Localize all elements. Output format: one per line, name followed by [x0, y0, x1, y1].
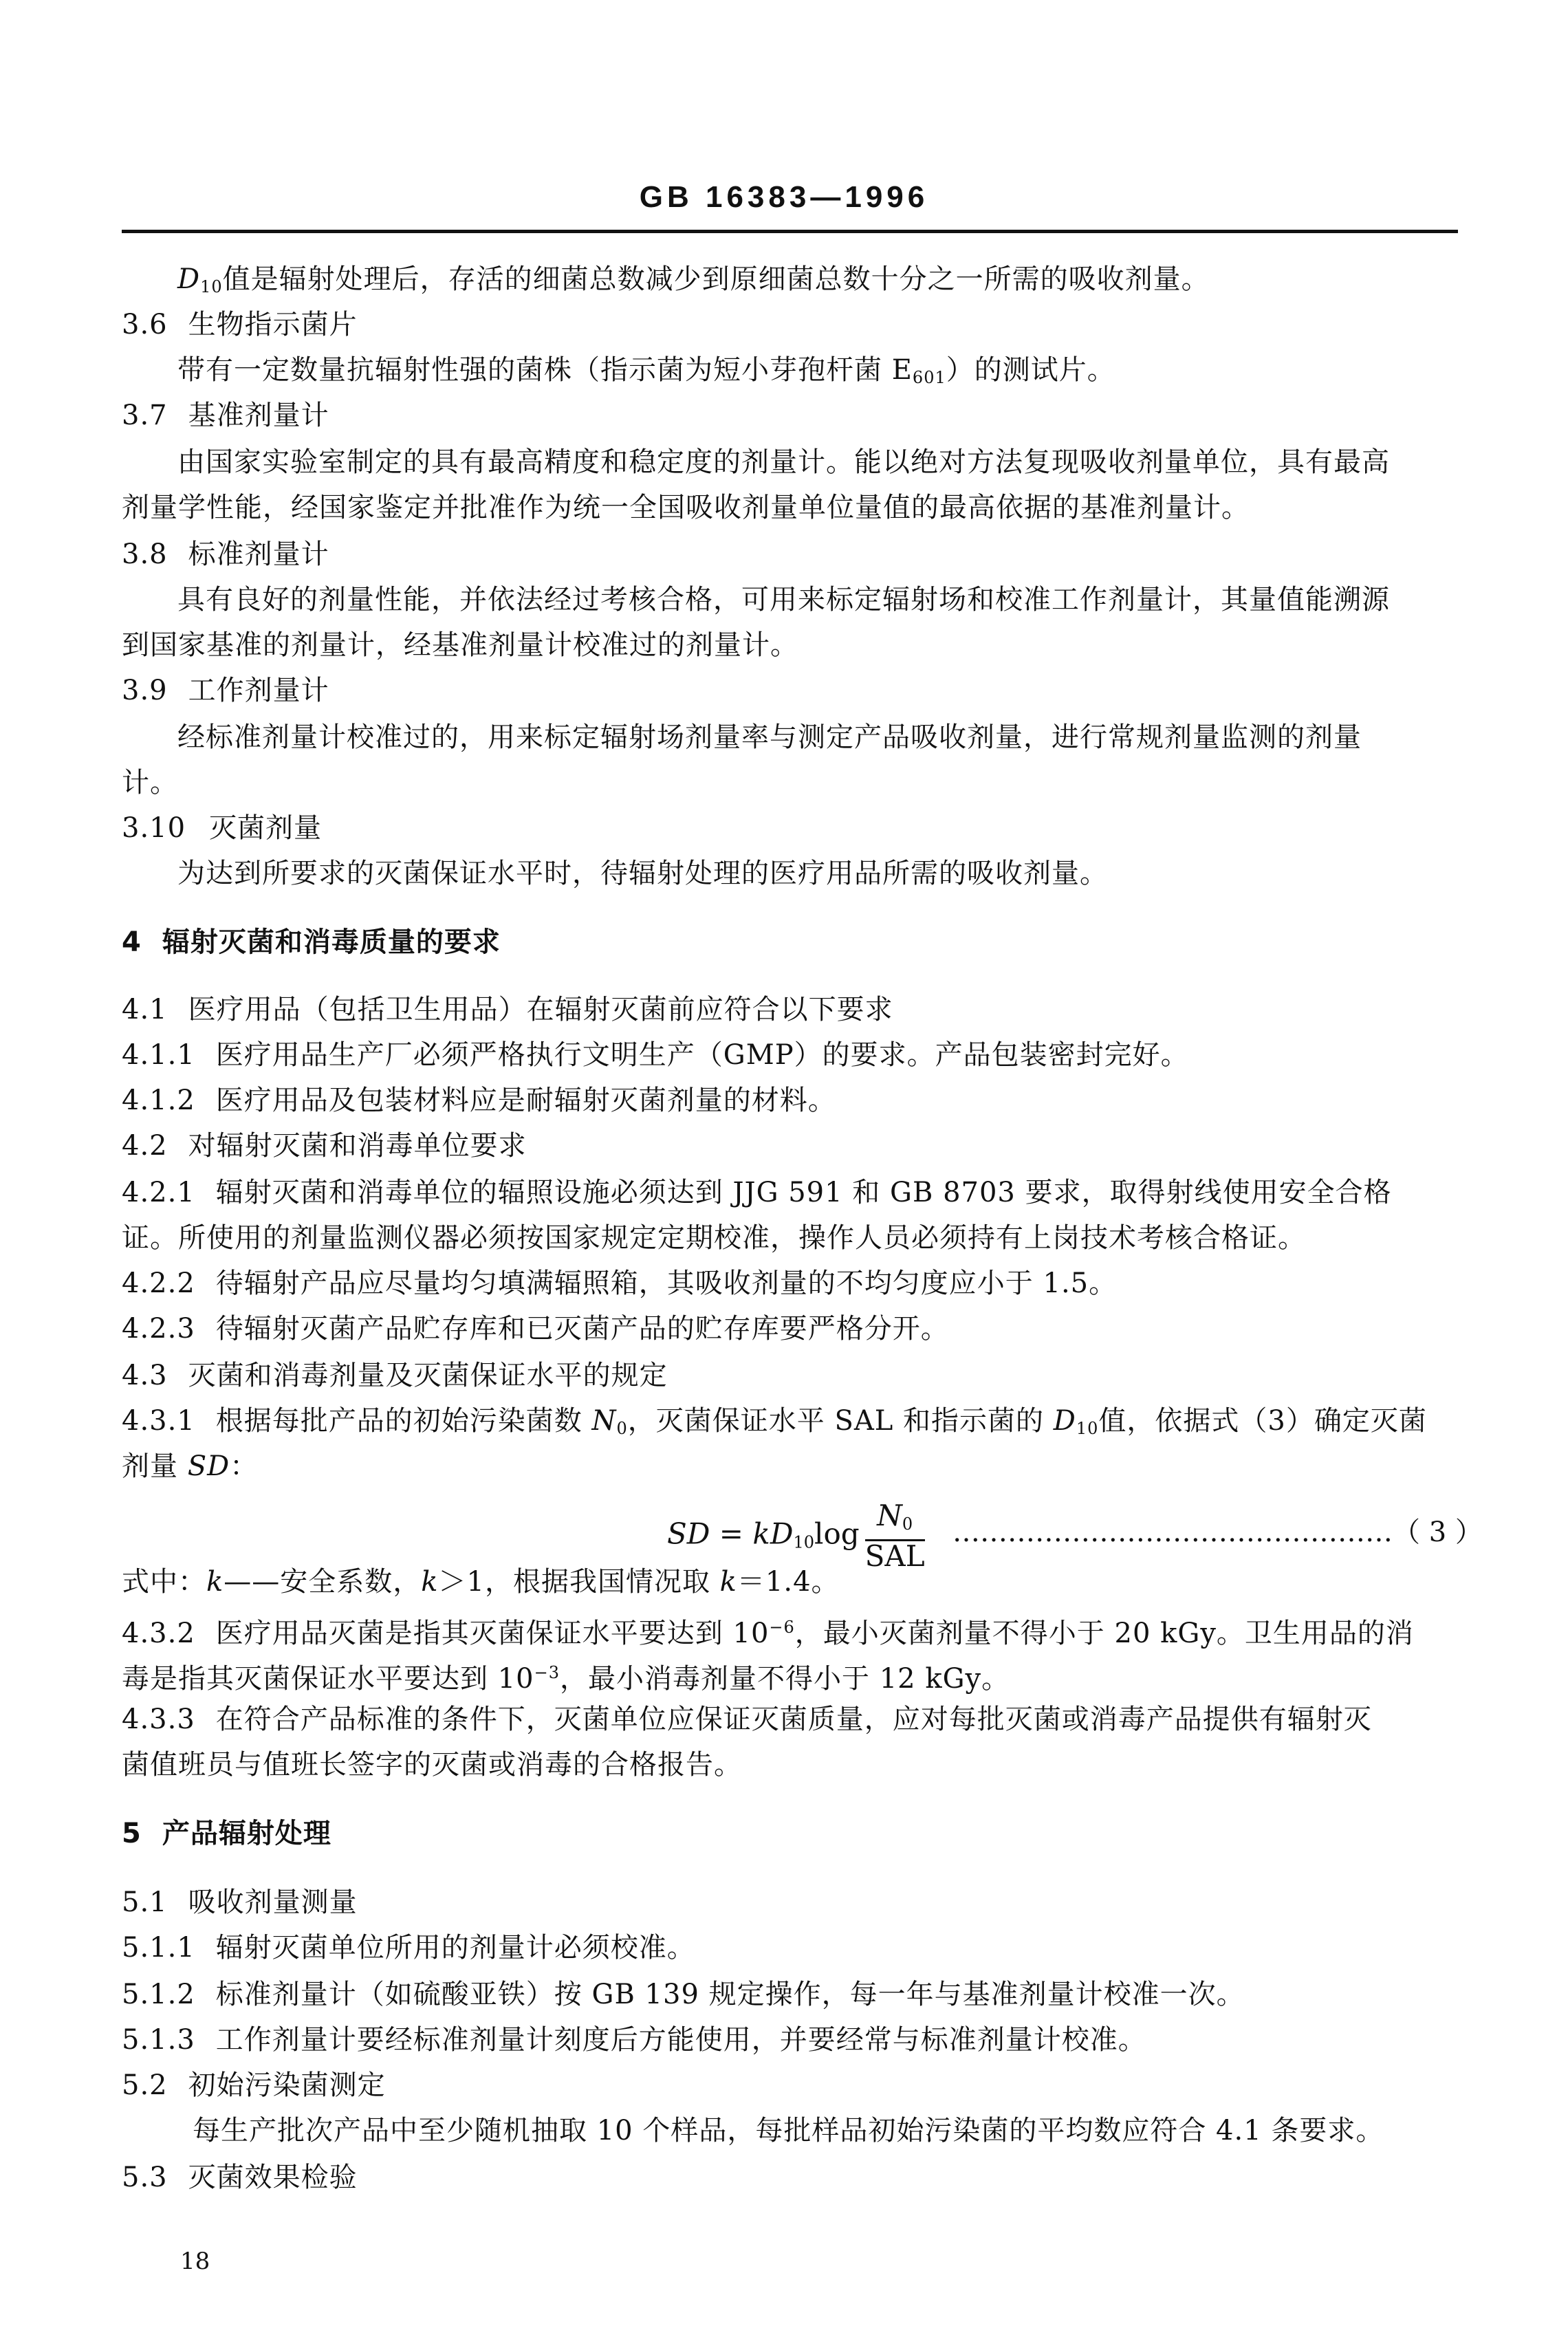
section-3-10-body: 为达到所要求的灭菌保证水平时，待辐射处理的医疗用品所需的吸收剂量。	[177, 854, 1108, 893]
exponent: −6	[769, 1618, 794, 1637]
explanation-text: ＞1，根据我国情况取	[439, 1566, 720, 1598]
k-symbol: k	[752, 1517, 770, 1551]
clause-5-2: 5.2初始污染菌测定	[122, 2066, 386, 2105]
clause-number: 4.2.1	[122, 1173, 195, 1212]
clause-number: 4.3.3	[122, 1700, 195, 1739]
clause-text: 对辐射灭菌和消毒单位要求	[188, 1130, 527, 1162]
formula-3: SD = kD10logN0SAL	[667, 1501, 925, 1572]
clause-number: 4.2	[122, 1127, 168, 1165]
section-title: 产品辐射处理	[162, 1818, 331, 1849]
paragraph-text: 带有一定数量抗辐射性强的菌株（指示菌为短小芽孢杆菌 E	[177, 354, 913, 386]
clause-text: 吸收剂量测量	[188, 1887, 358, 1918]
section-3-7-body-line-2: 剂量学性能，经国家鉴定并批准作为统一全国吸收剂量单位量值的最高依据的基准剂量计。	[122, 488, 1250, 527]
clause-4-3-3-continued: 菌值班员与值班长签字的灭菌或消毒的合格报告。	[122, 1746, 742, 1784]
section-3-6-body: 带有一定数量抗辐射性强的菌株（指示菌为短小芽孢杆菌 E601）的测试片。	[177, 351, 1115, 397]
clause-text: 毒是指其灭菌保证水平要达到 10	[122, 1663, 534, 1695]
d-symbol: D	[177, 263, 200, 295]
section-number: 5	[122, 1814, 142, 1853]
clause-4-2: 4.2对辐射灭菌和消毒单位要求	[122, 1127, 527, 1165]
clause-number: 4.1.2	[122, 1081, 195, 1120]
clause-text: 医疗用品及包装材料应是耐辐射灭菌剂量的材料。	[216, 1085, 836, 1116]
formula-explanation: 式中：k——安全系数，k＞1，根据我国情况取 k＝1.4。	[122, 1563, 840, 1601]
explanation-text: 式中：	[122, 1566, 206, 1598]
equals-sign: =	[710, 1517, 752, 1551]
clause-4-1-1: 4.1.1医疗用品生产厂必须严格执行文明生产（GMP）的要求。产品包装密封完好。	[122, 1036, 1189, 1074]
clause-text: 待辐射产品应尽量均匀填满辐照箱，其吸收剂量的不均匀度应小于 1.5。	[216, 1268, 1117, 1299]
section-5-heading: 5产品辐射处理	[122, 1814, 331, 1853]
clause-text: 标准剂量计（如硫酸亚铁）按 GB 139 规定操作，每一年与基准剂量计校准一次。	[216, 1979, 1245, 2010]
explanation-text: ——安全系数，	[224, 1566, 421, 1598]
clause-4-2-3: 4.2.3待辐射灭菌产品贮存库和已灭菌产品的贮存库要严格分开。	[122, 1309, 949, 1348]
k-symbol: k	[421, 1566, 438, 1598]
clause-4-3-1: 4.3.1根据每批产品的初始污染菌数 N0，灭菌保证水平 SAL 和指示菌的 D…	[122, 1402, 1427, 1448]
leader-dots: …………………………………………	[952, 1517, 1393, 1548]
exponent: −3	[534, 1663, 560, 1682]
clause-4-3-1-continued: 剂量 SD：	[122, 1447, 258, 1486]
clause-text: 辐射灭菌和消毒单位的辐照设施必须达到 JJG 591 和 GB 8703 要求，…	[216, 1177, 1392, 1208]
clause-text: ，最小消毒剂量不得小于 12 kGy。	[560, 1663, 1010, 1695]
clause-4-2-1-continued: 证。所使用的剂量监测仪器必须按国家规定定期校准，操作人员必须持有上岗技术考核合格…	[122, 1219, 1306, 1257]
clause-text: 根据每批产品的初始污染菌数	[216, 1405, 592, 1437]
clause-number: 4.2.3	[122, 1309, 195, 1348]
section-3-9-body-line-2: 计。	[122, 763, 178, 802]
n-symbol: N	[877, 1499, 902, 1532]
section-number: 3.10	[122, 809, 186, 847]
clause-4-3: 4.3灭菌和消毒剂量及灭菌保证水平的规定	[122, 1356, 668, 1395]
clause-5-1-3: 5.1.3工作剂量计要经标准剂量计刻度后方能使用，并要经常与标准剂量计校准。	[122, 2021, 1146, 2059]
section-title: 基准剂量计	[188, 400, 329, 431]
clause-4-2-1: 4.2.1辐射灭菌和消毒单位的辐照设施必须达到 JJG 591 和 GB 870…	[122, 1173, 1392, 1212]
section-3-7-body-line-1: 由国家实验室制定的具有最高精度和稳定度的剂量计。能以绝对方法复现吸收剂量单位，具…	[177, 443, 1390, 481]
sd-symbol: SD	[667, 1517, 710, 1551]
section-number: 3.9	[122, 671, 168, 710]
section-number: 3.7	[122, 396, 168, 435]
clause-number: 5.1.3	[122, 2021, 195, 2059]
clause-5-1-1: 5.1.1辐射灭菌单位所用的剂量计必须校准。	[122, 1928, 695, 1967]
section-title: 灭菌剂量	[209, 812, 322, 844]
d-subscript: 10	[794, 1533, 815, 1552]
clause-text: 辐射灭菌单位所用的剂量计必须校准。	[216, 1932, 695, 1964]
clause-text: 灭菌效果检验	[188, 2162, 358, 2193]
clause-4-3-2: 4.3.2医疗用品灭菌是指其灭菌保证水平要达到 10−6，最小灭菌剂量不得小于 …	[122, 1608, 1414, 1653]
clause-text: 初始污染菌测定	[188, 2069, 386, 2101]
equation-number: （ 3 ）	[1393, 1517, 1483, 1548]
clause-number: 5.1.1	[122, 1928, 195, 1967]
clause-text: ，最小灭菌剂量不得小于 20 kGy。卫生用品的消	[795, 1618, 1414, 1649]
section-3-8-body-line-1: 具有良好的剂量性能，并依法经过考核合格，可用来标定辐射场和校准工作剂量计，其量值…	[177, 580, 1390, 619]
fraction: N0SAL	[865, 1501, 925, 1572]
clause-number: 4.1	[122, 990, 168, 1029]
section-number: 4	[122, 923, 142, 961]
document-header: GB 16383—1996	[0, 180, 1568, 215]
clause-number: 5.1	[122, 1883, 168, 1922]
clause-text: 在符合产品标准的条件下，灭菌单位应保证灭菌质量，应对每批灭菌或消毒产品提供有辐射…	[216, 1704, 1372, 1735]
clause-5-1-2: 5.1.2标准剂量计（如硫酸亚铁）按 GB 139 规定操作，每一年与基准剂量计…	[122, 1975, 1245, 2014]
k-symbol: k	[206, 1566, 224, 1598]
log-operator: log	[814, 1517, 860, 1551]
clause-text: 医疗用品灭菌是指其灭菌保证水平要达到 10	[216, 1618, 770, 1649]
explanation-text: ＝1.4。	[737, 1566, 840, 1598]
clause-text: 工作剂量计要经标准剂量计刻度后方能使用，并要经常与标准剂量计校准。	[216, 2024, 1146, 2056]
section-4-heading: 4辐射灭菌和消毒质量的要求	[122, 923, 501, 961]
d-subscript: 10	[200, 277, 223, 296]
section-title: 工作剂量计	[188, 675, 329, 706]
clause-5-2-body: 每生产批次产品中至少随机抽取 10 个样品，每批样品初始污染菌的平均数应符合 4…	[193, 2111, 1384, 2150]
clause-4-3-2-continued: 毒是指其灭菌保证水平要达到 10−3，最小消毒剂量不得小于 12 kGy。	[122, 1653, 1010, 1698]
clause-5-1: 5.1吸收剂量测量	[122, 1883, 358, 1922]
clause-number: 4.3	[122, 1356, 168, 1395]
section-3-8-heading: 3.8标准剂量计	[122, 535, 329, 574]
section-title: 标准剂量计	[188, 539, 329, 570]
clause-number: 4.1.1	[122, 1036, 195, 1074]
section-title: 生物指示菌片	[188, 309, 358, 340]
numerator: N0	[865, 1501, 925, 1541]
n-subscript: 0	[617, 1419, 628, 1438]
section-3-7-heading: 3.7基准剂量计	[122, 396, 329, 435]
sd-symbol: SD	[188, 1450, 230, 1482]
n-symbol: N	[592, 1405, 617, 1437]
clause-text: ，灭菌保证水平 SAL 和指示菌的	[628, 1405, 1054, 1437]
section-number: 3.6	[122, 305, 168, 344]
clause-4-2-2: 4.2.2待辐射产品应尽量均匀填满辐照箱，其吸收剂量的不均匀度应小于 1.5。	[122, 1264, 1117, 1303]
clause-number: 5.2	[122, 2066, 168, 2105]
colon: ：	[230, 1450, 258, 1482]
header-rule	[122, 230, 1458, 233]
section-3-6-heading: 3.6生物指示菌片	[122, 305, 358, 344]
clause-4-1: 4.1医疗用品（包括卫生用品）在辐射灭菌前应符合以下要求	[122, 990, 893, 1029]
clause-text: 值，依据式（3）确定灭菌	[1098, 1405, 1426, 1437]
paragraph-text: ）的测试片。	[946, 354, 1115, 386]
clause-5-3: 5.3灭菌效果检验	[122, 2158, 358, 2197]
clause-number: 4.3.2	[122, 1614, 195, 1653]
d-symbol: D	[770, 1517, 794, 1551]
formula-leader-dots: …………………………………………（ 3 ）	[952, 1510, 1483, 1550]
k-symbol: k	[720, 1566, 737, 1598]
denominator: SAL	[865, 1541, 925, 1572]
paragraph-text: 值是辐射处理后，存活的细菌总数减少到原细菌总数十分之一所需的吸收剂量。	[223, 263, 1210, 295]
section-3-9-heading: 3.9工作剂量计	[122, 671, 329, 710]
clause-number: 4.2.2	[122, 1264, 195, 1303]
section-number: 3.8	[122, 535, 168, 574]
clause-4-1-2: 4.1.2医疗用品及包装材料应是耐辐射灭菌剂量的材料。	[122, 1081, 836, 1120]
clause-text: 待辐射灭菌产品贮存库和已灭菌产品的贮存库要严格分开。	[216, 1313, 949, 1345]
clause-text: 剂量	[122, 1450, 188, 1482]
clause-number: 5.3	[122, 2158, 168, 2197]
n-subscript: 0	[902, 1514, 913, 1534]
strain-subscript: 601	[913, 368, 946, 387]
clause-4-3-3: 4.3.3在符合产品标准的条件下，灭菌单位应保证灭菌质量，应对每批灭菌或消毒产品…	[122, 1700, 1372, 1739]
clause-text: 医疗用品（包括卫生用品）在辐射灭菌前应符合以下要求	[188, 994, 893, 1025]
clause-text: 医疗用品生产厂必须严格执行文明生产（GMP）的要求。产品包装密封完好。	[216, 1039, 1189, 1071]
d10-definition: D10值是辐射处理后，存活的细菌总数减少到原细菌总数十分之一所需的吸收剂量。	[177, 260, 1210, 306]
clause-text: 灭菌和消毒剂量及灭菌保证水平的规定	[188, 1360, 668, 1391]
section-3-8-body-line-2: 到国家基准的剂量计，经基准剂量计校准过的剂量计。	[122, 626, 798, 664]
d-subscript: 10	[1076, 1419, 1099, 1438]
d-symbol: D	[1054, 1405, 1076, 1437]
section-3-10-heading: 3.10灭菌剂量	[122, 809, 322, 847]
section-title: 辐射灭菌和消毒质量的要求	[162, 926, 501, 958]
clause-number: 5.1.2	[122, 1975, 195, 2014]
page-number: 18	[180, 2248, 210, 2275]
clause-number: 4.3.1	[122, 1402, 195, 1440]
section-3-9-body-line-1: 经标准剂量计校准过的，用来标定辐射场剂量率与测定产品吸收剂量，进行常规剂量监测的…	[177, 718, 1362, 757]
